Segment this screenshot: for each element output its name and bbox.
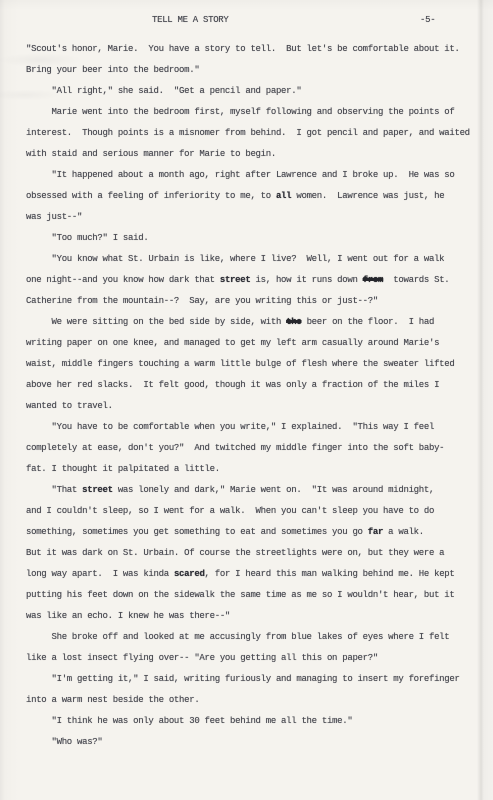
text-segment: "I think he was only about 30 feet behin… (26, 716, 352, 726)
text-segment: "Scout's honor, Marie. You have a story … (26, 44, 460, 54)
text-segment: putting his feet down on the sidewalk th… (26, 590, 454, 600)
text-line: "I think he was only about 30 feet behin… (26, 711, 481, 732)
text-segment: wanted to travel. (26, 401, 113, 411)
text-line: interest. Though points is a misnomer fr… (26, 123, 481, 144)
text-line: "You know what St. Urbain is like, where… (26, 249, 481, 270)
text-segment: above her red slacks. It felt good, thou… (26, 380, 439, 390)
text-line: something, sometimes you get something t… (26, 522, 481, 543)
text-segment: women. Lawrence was just, he (291, 191, 444, 201)
text-segment: is, how it runs down (250, 275, 362, 285)
text-line: Marie went into the bedroom first, mysel… (26, 102, 481, 123)
text-line: long way apart. I was kinda scared, for … (26, 564, 481, 585)
text-segment: writing paper on one knee, and managed t… (26, 338, 439, 348)
text-line: with staid and serious manner for Marie … (26, 144, 481, 165)
text-segment: Marie went into the bedroom first, mysel… (26, 107, 454, 117)
text-line: "It happened about a month ago, right af… (26, 165, 481, 186)
text-segment: completely at ease, don't you?" And twit… (26, 443, 444, 453)
text-segment: fat. I thought it palpitated a little. (26, 464, 220, 474)
text-segment: "Who was?" (26, 737, 103, 747)
text-line: "Who was?" (26, 732, 481, 753)
text-line: waist, middle fingers touching a warm li… (26, 354, 481, 375)
text-line: completely at ease, don't you?" And twit… (26, 438, 481, 459)
text-segment: "I'm getting it," I said, writing furiou… (26, 674, 460, 684)
overstruck-word: scared (174, 569, 205, 579)
text-line: She broke off and looked at me accusingl… (26, 627, 481, 648)
text-line: was just--" (26, 207, 481, 228)
text-line: "Too much?" I said. (26, 228, 481, 249)
text-line: obsessed with a feeling of inferiority t… (26, 186, 481, 207)
text-segment: "You know what St. Urbain is like, where… (26, 254, 444, 264)
text-segment: Catherine from the mountain--? Say, are … (26, 296, 378, 306)
text-segment: into a warm nest beside the other. (26, 695, 199, 705)
manuscript-page: TELL ME A STORY -5- "Scout's honor, Mari… (0, 0, 493, 800)
text-segment: , for I heard this man walking behind me… (205, 569, 455, 579)
text-segment: was like an echo. I knew he was there--" (26, 611, 230, 621)
text-segment: "That (26, 485, 82, 495)
text-line: one night--and you know how dark that st… (26, 270, 481, 291)
overstruck-word: street (82, 485, 113, 495)
text-line: Catherine from the mountain--? Say, are … (26, 291, 481, 312)
text-line: But it was dark on St. Urbain. Of course… (26, 543, 481, 564)
page-title: TELL ME A STORY (152, 13, 229, 27)
text-segment: Bring your beer into the bedroom." (26, 65, 199, 75)
text-segment: But it was dark on St. Urbain. Of course… (26, 548, 444, 558)
text-segment: "You have to be comfortable when you wri… (26, 422, 434, 432)
text-segment: interest. Though points is a misnomer fr… (26, 128, 470, 138)
overstruck-word: street (220, 275, 251, 285)
text-segment: obsessed with a feeling of inferiority t… (26, 191, 276, 201)
text-line: "All right," she said. "Get a pencil and… (26, 81, 481, 102)
text-line: fat. I thought it palpitated a little. (26, 459, 481, 480)
text-line: into a warm nest beside the other. (26, 690, 481, 711)
overstruck-word: far (368, 527, 383, 537)
text-segment: was just--" (26, 212, 82, 222)
text-segment: like a lost insect flying over-- "Are yo… (26, 653, 378, 663)
text-segment: waist, middle fingers touching a warm li… (26, 359, 454, 369)
struck-out-word: the (286, 317, 301, 327)
text-segment: towards St. (383, 275, 449, 285)
text-line: "You have to be comfortable when you wri… (26, 417, 481, 438)
text-segment: beer on the floor. I had (301, 317, 434, 327)
text-segment: We were sitting on the bed side by side,… (26, 317, 286, 327)
text-segment: "It happened about a month ago, right af… (26, 170, 454, 180)
page-number: -5- (420, 13, 435, 27)
text-line: putting his feet down on the sidewalk th… (26, 585, 481, 606)
text-segment: a walk. (383, 527, 424, 537)
text-line: "Scout's honor, Marie. You have a story … (26, 39, 481, 60)
text-segment: and I couldn't sleep, so I went for a wa… (26, 506, 434, 516)
text-segment: "Too much?" I said. (26, 233, 148, 243)
text-segment: long way apart. I was kinda (26, 569, 174, 579)
text-line: We were sitting on the bed side by side,… (26, 312, 481, 333)
text-segment: She broke off and looked at me accusingl… (26, 632, 449, 642)
text-segment: something, sometimes you get something t… (26, 527, 368, 537)
text-line: Bring your beer into the bedroom." (26, 60, 481, 81)
struck-out-word: from (363, 275, 383, 285)
page-text: "Scout's honor, Marie. You have a story … (26, 39, 481, 753)
text-line: "That street was lonely and dark," Marie… (26, 480, 481, 501)
text-segment: one night--and you know how dark that (26, 275, 220, 285)
text-line: "I'm getting it," I said, writing furiou… (26, 669, 481, 690)
text-segment: "All right," she said. "Get a pencil and… (26, 86, 301, 96)
text-line: like a lost insect flying over-- "Are yo… (26, 648, 481, 669)
text-line: wanted to travel. (26, 396, 481, 417)
text-line: was like an echo. I knew he was there--" (26, 606, 481, 627)
text-line: above her red slacks. It felt good, thou… (26, 375, 481, 396)
text-segment: with staid and serious manner for Marie … (26, 149, 276, 159)
overstruck-word: all (276, 191, 291, 201)
text-segment: was lonely and dark," Marie went on. "It… (113, 485, 434, 495)
text-line: writing paper on one knee, and managed t… (26, 333, 481, 354)
text-line: and I couldn't sleep, so I went for a wa… (26, 501, 481, 522)
